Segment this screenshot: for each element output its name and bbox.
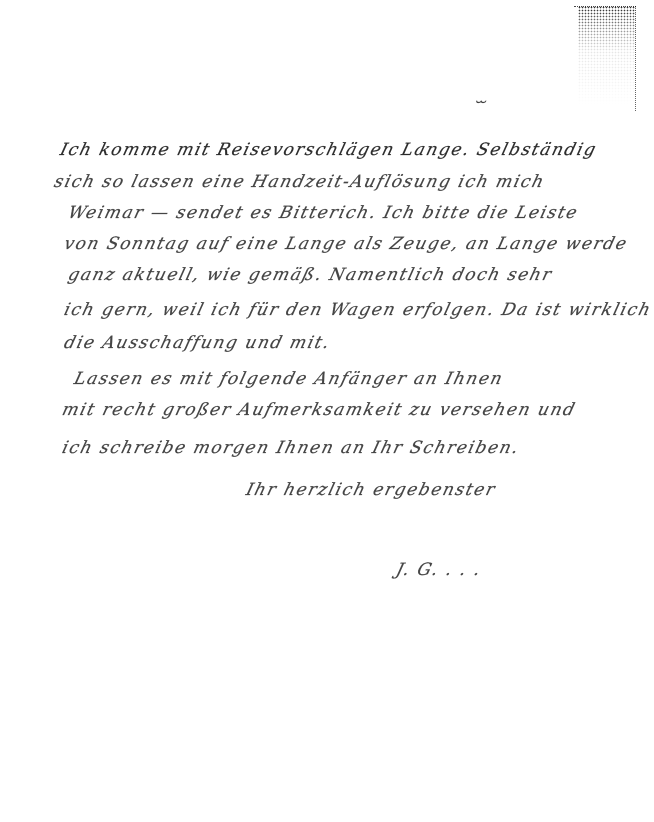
letter-line-10: ich schreibe morgen Ihnen an Ihr Schreib…: [60, 438, 522, 458]
letter-line-2: sich so lassen eine Handzeit-Auflösung i…: [52, 172, 547, 192]
letter-line-6: ich gern, weil ich für den Wagen erfolge…: [62, 300, 654, 320]
scanned-letter-page: ᷓ Ich komme mit Reisevorschlägen Lange. …: [0, 0, 654, 822]
letter-line-1: Ich komme mit Reisevorschlägen Lange. Se…: [58, 140, 599, 160]
letter-line-4: von Sonntag auf eine Lange als Zeuge, an…: [62, 234, 630, 254]
letter-line-3: Weimar — sendet es Bitterich. Ich bitte …: [66, 203, 581, 223]
letter-closing: Ihr herzlich ergebenster: [244, 480, 498, 500]
letter-body: ᷓ Ich komme mit Reisevorschlägen Lange. …: [0, 0, 654, 822]
letter-line-5: ganz aktuell, wie gemäß. Namentlich doch…: [66, 265, 555, 285]
letter-line-7: die Ausschaffung und mit.: [62, 333, 333, 353]
letter-line-8: Lassen es mit folgende Anfänger an Ihnen: [72, 369, 506, 389]
letter-signature: J. G. . . .: [394, 560, 484, 580]
letter-line-9: mit recht großer Aufmerksamkeit zu verse…: [60, 400, 578, 420]
